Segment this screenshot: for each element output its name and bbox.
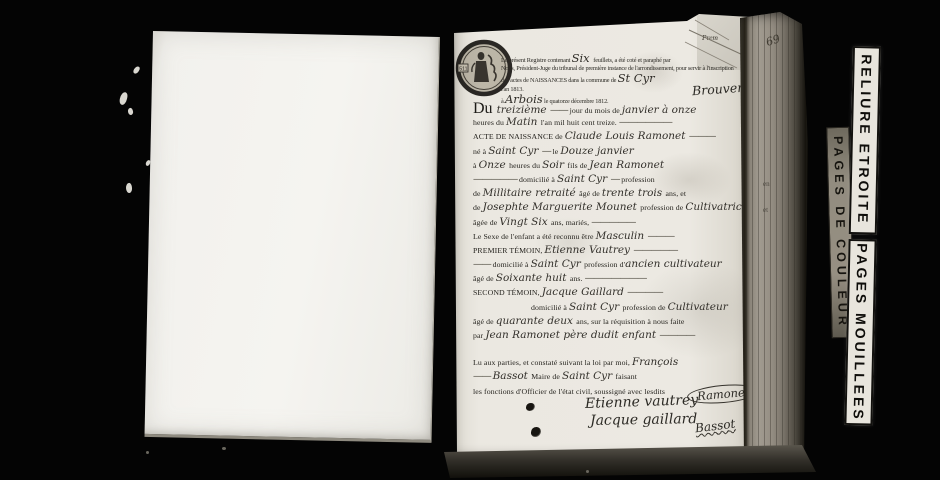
ruled-filler: —————— [619,117,672,128]
handwritten-text: François [632,356,678,368]
handwritten-text: quarante deux [496,315,577,327]
ruled-filler: ——— [689,131,715,142]
label-pages-mouillees: PAGES MOUILLEES [844,239,876,426]
page-edge-number: 69 [764,32,781,49]
handwritten-text: Millitaire retraité [483,187,579,199]
ruled-filler: — [542,146,553,157]
bleed-through-text: et [763,206,768,214]
ruled-filler: —— [473,371,493,382]
printed-text: ans, mariés, [551,218,591,227]
document-line: par Jean Ramonet père dudit enfant ———— [473,327,749,341]
printed-text: domicilié à [531,303,569,312]
document-line: SECOND TÉMOIN, Jacque Gaillard ———— [473,284,749,298]
witness1-signature: Etienne vautrey [585,392,699,412]
dust-speck [146,451,149,454]
handwritten-text: Soixante huit [496,272,570,284]
paper-speck [132,65,140,74]
document-line: ————— domicilié à Saint Cyr — profession [473,171,749,185]
document-line: âgé de quarante deux ans, sur la réquisi… [473,313,749,327]
handwritten-text: Bassot [493,370,532,382]
handwritten-text: Jean Ramonet [589,159,664,171]
document-line: de Millitaire retraité âgé de trente tro… [473,185,749,199]
paper-speck [127,107,134,115]
birth-act-body: Du treizième —— jour du mois de janvier … [473,100,749,397]
ruled-filler: ———— [659,330,694,341]
archival-strip: RELIURE ETROITE PAGES MOUILLEES [844,46,881,426]
page-stack-edge: 69 en et [740,12,808,464]
ruled-filler: ————— [591,217,635,228]
ink-blot [531,427,541,437]
printed-text: âgé de [473,317,496,326]
document-line: des actes de NAISSANCES dans la commune … [501,71,751,81]
printed-text: faisant [615,372,636,381]
printed-text: profession d' [584,260,625,269]
printed-text: Maire de [531,372,562,381]
document-line: né à Saint Cyr — le Douze janvier [473,143,749,157]
document-line: Nous, Président-Juge du tribunal de prem… [501,61,751,71]
bleed-through-text: en [763,180,770,188]
handwritten-text: Onze [479,159,509,171]
printed-text: ans, et [666,189,687,198]
document-line: à Onze heures du Soir fils de Jean Ramon… [473,157,749,171]
handwritten-text: Soir [542,159,567,171]
microfilm-frame: Prem 511 EMP Le présent Registre contena… [0,0,940,480]
blank-left-page [144,31,439,443]
printed-text: heures du [473,118,506,127]
mayor-paraph-signature: Bassot [694,417,736,436]
document-line: âgée de Vingt Six ans, mariés, ————— [473,214,749,228]
ruled-filler: ——————— [585,273,647,284]
printed-text: profession de [640,203,685,212]
document-line: de Josephte Marguerite Mounet profession… [473,199,749,213]
ink-blot [526,403,535,411]
printed-text: âgé de [579,189,602,198]
printed-text: domicilié à [519,175,557,184]
printed-text: fils de [567,161,589,170]
handwritten-text: Jacque Gaillard [542,286,627,298]
handwritten-text: Saint Cyr [569,301,622,313]
handwritten-text: Saint Cyr [531,258,584,270]
handwritten-text: Cultivatrice [685,201,748,213]
printed-text: heures du [509,161,542,170]
birth-act-page: Prem 511 EMP Le présent Registre contena… [449,10,757,460]
document-line: heures du Matin l'an mil huit cent treiz… [473,114,749,128]
handwritten-text: Saint Cyr [488,145,541,157]
register-header: Le présent Registre contenant Six feuill… [501,51,751,102]
handwritten-text: Etienne Vautrey [544,244,633,256]
handwritten-text: trente trois [602,187,666,199]
document-line: âgé de Soixante huit ans. ——————— [473,270,749,284]
printed-text: Le Sexe de l'enfant a été reconnu être [473,232,596,241]
dust-speck [586,470,589,473]
printed-text: ans. [570,274,585,283]
handwritten-text: Claude Louis Ramonet [565,130,689,142]
ruled-filler: ——— [648,231,674,242]
stamp-number: 511 [459,67,467,73]
handwritten-text: St Cyr [618,71,655,85]
ruled-filler: —— [473,259,493,270]
printed-text: par [473,331,485,340]
ruled-filler: ———— [627,287,662,298]
handwritten-text: Arbois [505,92,543,106]
handwritten-text: Saint Cyr [562,370,615,382]
handwritten-text: ancien cultivateur [625,258,722,270]
dust-speck [222,447,226,450]
printed-text: SECOND TÉMOIN, [473,288,542,297]
document-line: —— Bassot Maire de Saint Cyr faisant [473,368,749,382]
label-reliure-etroite: RELIURE ETROITE [849,46,881,235]
handwritten-text: Josephte Marguerite Mounet [483,201,641,213]
printed-text: âgé de [473,274,496,283]
document-line: ACTE DE NAISSANCE de Claude Louis Ramone… [473,128,749,142]
handwritten-text: Masculin [596,230,648,242]
handwritten-text: Saint Cyr [557,173,610,185]
paper-speck [119,91,129,105]
document-line: PREMIER TÉMOIN, Etienne Vautrey ————— [473,242,749,256]
document-line: Lu aux parties, et constaté suivant la l… [473,354,749,368]
document-line: Le Sexe de l'enfant a été reconnu être M… [473,228,749,242]
handwritten-text: Douze janvier [560,145,633,157]
handwritten-text: Cultivateur [668,301,728,313]
printed-text: né à [473,147,488,156]
printed-text: âgée de [473,218,499,227]
handwritten-text: Vingt Six [499,216,551,228]
printed-text: domicilié à [493,260,531,269]
printed-text: profession de [622,303,667,312]
printed-text: Lu aux parties, et constaté suivant la l… [473,358,632,367]
witness2-signature: Jacque gaillard [590,411,698,429]
printed-text: le quatorze décembre 1812. [543,98,609,105]
printed-text: l'an mil huit cent treize. [541,118,619,127]
printed-text: ans, sur la réquisition à nous faite [576,317,684,326]
printed-text: profession [621,175,654,184]
document-line: Le présent Registre contenant Six feuill… [501,51,751,61]
ruled-filler: ————— [633,245,677,256]
ruled-filler: — [610,174,621,185]
document-line: —— domicilié à Saint Cyr profession d'an… [473,256,749,270]
handwritten-text: Matin [506,116,541,128]
paper-speck [125,183,132,194]
printed-text: PREMIER TÉMOIN, [473,246,544,255]
ruled-filler: ————— [473,174,519,185]
handwritten-text: Jean Ramonet père dudit enfant [485,329,659,341]
printed-text: ACTE DE NAISSANCE de [473,132,565,141]
document-line: domicilié à Saint Cyr profession de Cult… [531,299,749,313]
printed-text: de [473,189,483,198]
document-line: à Arbois le quatorze décembre 1812. [501,92,751,102]
printed-text: de [473,203,483,212]
